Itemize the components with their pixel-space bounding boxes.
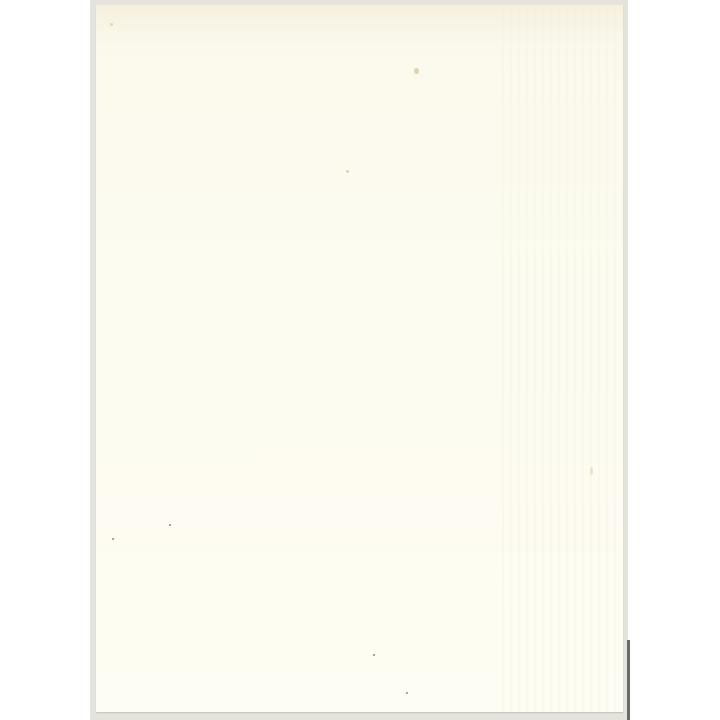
scan-dust bbox=[406, 692, 408, 694]
paper-stain bbox=[110, 23, 113, 26]
scanner-edge bbox=[627, 640, 630, 720]
scan-dust bbox=[373, 654, 375, 656]
paper-stain bbox=[346, 170, 349, 173]
paper-stain bbox=[414, 68, 419, 74]
paper-stain bbox=[590, 467, 593, 475]
scan-dust bbox=[112, 538, 114, 540]
blank-page bbox=[96, 5, 623, 712]
scan-dust bbox=[169, 524, 171, 526]
